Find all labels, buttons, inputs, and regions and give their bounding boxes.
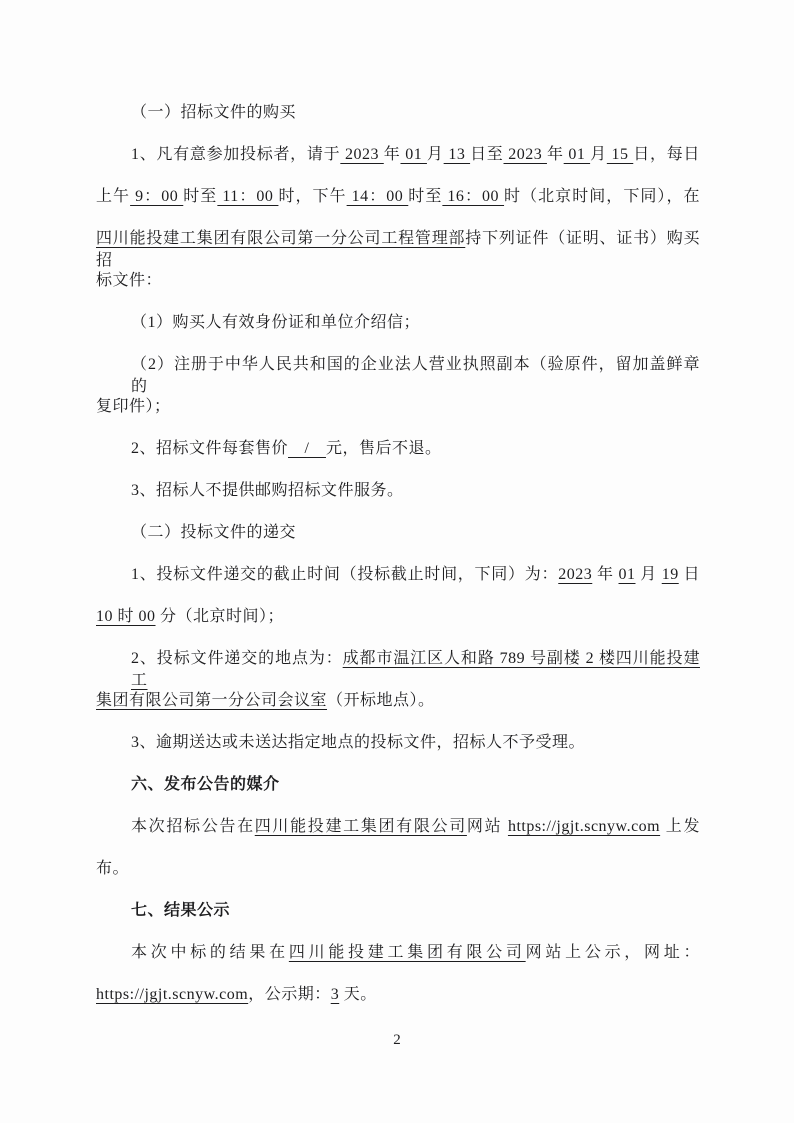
underlined-text: 四川能投建工集团有限公司 (289, 944, 526, 961)
text-segment: 日至 (470, 146, 503, 163)
text-segment: 日，每日 (633, 146, 700, 163)
underlined-text: 16：00 (442, 188, 504, 205)
document-content: （一）招标文件的购买1、凡有意参加投标者，请于 2023 年 01 月 13 日… (96, 102, 700, 1026)
document-line: 四川能投建工集团有限公司第一分公司工程管理部持下列证件（证明、证书）购买招 (96, 228, 700, 270)
text-segment: 分（北京时间）； (156, 608, 285, 625)
text-segment: 日 (679, 566, 700, 583)
underlined-text: 19 (662, 566, 679, 583)
text-segment: 1、凡有意参加投标者，请于 (131, 146, 340, 163)
text-segment: 年 (547, 146, 564, 163)
text-segment: （2）注册于中华人民共和国的企业法人营业执照副本（验原件，留加盖鲜章的 (131, 356, 700, 395)
text-segment: 3、招标人不提供邮购招标文件服务。 (131, 482, 404, 499)
text-segment: 网站 (467, 818, 508, 835)
text-segment: 元，售后不退。 (326, 440, 442, 457)
document-line: 本次中标的结果在四川能投建工集团有限公司网站上公示，网址： (96, 942, 700, 984)
text-segment: 上发 (660, 818, 700, 835)
text-segment: 上午 (96, 188, 130, 205)
text-segment: 月 (590, 146, 607, 163)
underlined-text: 10 时 00 (96, 608, 156, 625)
document-line: 2、投标文件递交的地点为：成都市温江区人和路 789 号副楼 2 楼四川能投建工 (96, 648, 700, 690)
text-segment: 1、投标文件递交的截止时间（投标截止时间，下同）为： (131, 566, 558, 583)
text-segment: 年 (384, 146, 401, 163)
text-segment: 2、招标文件每套售价 (131, 440, 288, 457)
text-segment: 3、逾期送达或未送达指定地点的投标文件，招标人不予受理。 (131, 734, 585, 751)
page-number: 2 (0, 1030, 794, 1050)
document-line: 3、逾期送达或未送达指定地点的投标文件，招标人不予受理。 (96, 732, 700, 774)
document-line: https://jgjt.scnyw.com，公示期：3 天。 (96, 984, 700, 1026)
underlined-text: 11：00 (217, 188, 278, 205)
underlined-text: 9：00 (130, 188, 183, 205)
document-line: 布。 (96, 858, 700, 900)
underlined-text: 2023 (504, 146, 547, 163)
text-segment: （开标地点）。 (327, 692, 435, 709)
text-segment: （1）购买人有效身份证和单位介绍信； (131, 314, 420, 331)
document-line: 3、招标人不提供邮购招标文件服务。 (96, 480, 700, 522)
document-line: 本次招标公告在四川能投建工集团有限公司网站 https://jgjt.scnyw… (96, 816, 700, 858)
underlined-text: 01 (564, 146, 590, 163)
text-segment: 网站上公示，网址： (526, 944, 700, 961)
document-line: （1）购买人有效身份证和单位介绍信； (96, 312, 700, 354)
document-line: 10 时 00 分（北京时间）； (96, 606, 700, 648)
document-line: 2、招标文件每套售价 / 元，售后不退。 (96, 438, 700, 480)
document-line: （二）投标文件的递交 (96, 522, 700, 564)
document-line: 集团有限公司第一分公司会议室（开标地点）。 (96, 690, 700, 732)
text-segment: 时，下午 (278, 188, 346, 205)
document-line: （2）注册于中华人民共和国的企业法人营业执照副本（验原件，留加盖鲜章的 (96, 354, 700, 396)
text-segment: 时至 (183, 188, 217, 205)
underlined-text: 2023 (340, 146, 383, 163)
text-segment: ，公示期： (248, 986, 331, 1003)
underlined-text: 01 (400, 146, 426, 163)
underlined-text: 15 (607, 146, 633, 163)
text-segment: 复印件）； (96, 398, 171, 415)
text-segment: （一）招标文件的购买 (131, 104, 296, 121)
underlined-text: 集团有限公司第一分公司会议室 (96, 692, 327, 709)
text-segment: 本次中标的结果在 (131, 944, 289, 961)
text-segment: 月 (636, 566, 662, 583)
text-segment: 2、投标文件递交的地点为： (131, 650, 343, 667)
document-line: 上午 9：00 时至 11：00 时，下午 14：00 时至 16：00 时（北… (96, 186, 700, 228)
text-segment: 布。 (96, 860, 129, 877)
underlined-text: 四川能投建工集团有限公司第一分公司工程管理部 (96, 230, 465, 247)
underlined-text: https://jgjt.scnyw.com (508, 818, 660, 835)
underlined-text: 3 (331, 986, 340, 1003)
document-line: （一）招标文件的购买 (96, 102, 700, 144)
text-segment: 标文件： (96, 272, 162, 289)
text-segment: 七、结果公示 (131, 902, 230, 919)
document-line: 标文件： (96, 270, 700, 312)
document-line: 七、结果公示 (96, 900, 700, 942)
document-line: 1、投标文件递交的截止时间（投标截止时间，下同）为：2023 年 01 月 19… (96, 564, 700, 606)
text-segment: （二）投标文件的递交 (131, 524, 296, 541)
underlined-text: 四川能投建工集团有限公司 (255, 818, 467, 835)
text-segment: 天。 (339, 986, 377, 1003)
document-line: 六、发布公告的媒介 (96, 774, 700, 816)
underlined-text: 01 (619, 566, 636, 583)
text-segment: 时至 (408, 188, 442, 205)
underlined-text: 14：00 (347, 188, 409, 205)
text-segment: 本次招标公告在 (131, 818, 255, 835)
underlined-text: / (288, 440, 326, 457)
document-page: （一）招标文件的购买1、凡有意参加投标者，请于 2023 年 01 月 13 日… (0, 0, 794, 1123)
text-segment: 时（北京时间，下同），在 (504, 188, 700, 205)
underlined-text: https://jgjt.scnyw.com (96, 986, 248, 1003)
underlined-text: 2023 (558, 566, 592, 583)
document-line: 1、凡有意参加投标者，请于 2023 年 01 月 13 日至 2023 年 0… (96, 144, 700, 186)
text-segment: 月 (427, 146, 444, 163)
document-line: 复印件）； (96, 396, 700, 438)
text-segment: 年 (592, 566, 618, 583)
underlined-text: 13 (444, 146, 470, 163)
text-segment: 六、发布公告的媒介 (131, 776, 280, 793)
